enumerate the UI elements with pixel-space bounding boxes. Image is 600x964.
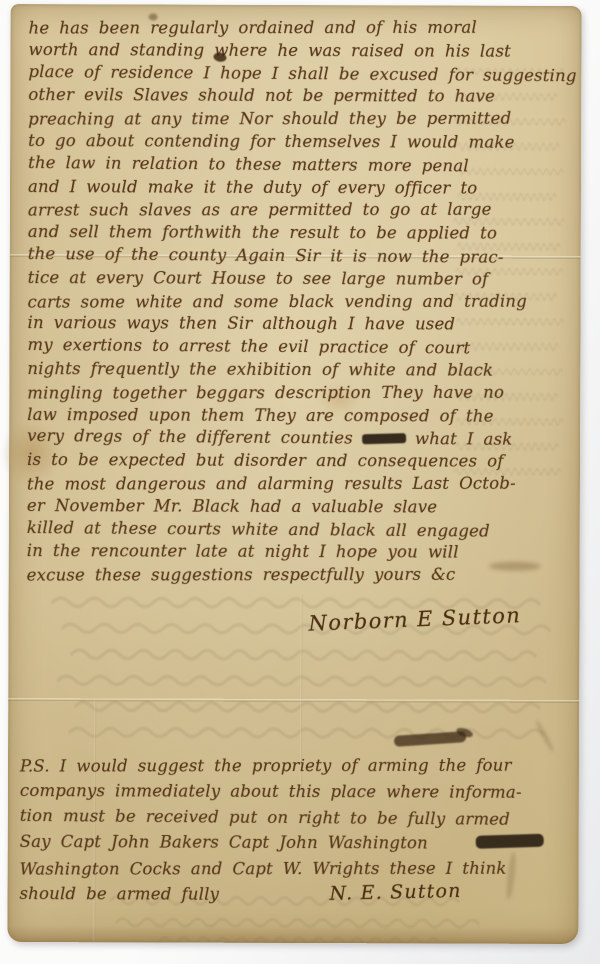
letter-paper: he has been regularly ordained and of hi… xyxy=(7,4,581,944)
handwriting-line: tion must be received put on right to be… xyxy=(20,802,568,832)
handwriting-line: preaching at any time Nor should they be… xyxy=(28,108,564,132)
handwriting-line: he has been regularly ordained and of hi… xyxy=(29,17,565,41)
handwriting-line: the law in relation to these matters mor… xyxy=(28,152,564,179)
handwriting-line: my exertions to arrest the evil practice… xyxy=(27,334,563,361)
handwriting-line: in various ways then Sir although I have… xyxy=(27,312,563,337)
postscript-signature: N. E. Sutton xyxy=(329,880,462,905)
letter-body: he has been regularly ordained and of hi… xyxy=(27,16,565,588)
letter-postscript: P.S. I would suggest the propriety of ar… xyxy=(19,752,568,909)
handwriting-line: is to be expected but disorder and conse… xyxy=(27,449,563,474)
handwriting-line: arrest such slaves as are permitted to g… xyxy=(28,199,564,223)
handwriting-line: should be armed fully xyxy=(19,881,567,909)
handwriting-line: carts some white and some black vending … xyxy=(28,290,564,314)
handwriting-line: killed at these courts white and black a… xyxy=(27,516,563,543)
handwriting-line: companys immediately about this place wh… xyxy=(20,778,568,806)
handwriting-line: other evils Slaves should not be permitt… xyxy=(28,84,564,109)
handwriting-line: nights frequently the exhibition of whit… xyxy=(27,358,563,383)
handwriting-line: worth and standing where he was raised o… xyxy=(28,39,564,64)
handwriting-line: er November Mr. Black had a valuable sla… xyxy=(27,495,563,520)
handwriting-line: tice at every Court House to see large n… xyxy=(28,267,564,292)
handwriting-line: place of residence I hope I shall be exc… xyxy=(28,60,564,87)
handwriting-line: mingling together beggars description Th… xyxy=(27,381,563,405)
ink-streak xyxy=(534,719,555,753)
worn-bottom-edge xyxy=(7,926,578,944)
letter-signature: Norborn E Sutton xyxy=(308,603,522,636)
handwriting-line: in the rencounter late at night I hope y… xyxy=(27,540,563,565)
handwriting-line: Washington Cocks and Capt W. Wrights the… xyxy=(20,856,568,883)
handwriting-line: the most dangerous and alarming results … xyxy=(27,472,563,496)
handwriting-text: very dregs of the different counties xyxy=(27,425,353,450)
handwriting-line: and I would make it the duty of every of… xyxy=(28,176,564,201)
handwriting-line: to go about contending for themselves I … xyxy=(28,130,564,155)
handwriting-line: P.S. I would suggest the propriety of ar… xyxy=(20,753,568,780)
handwriting-line: excuse these suggestions respectfully yo… xyxy=(27,564,563,588)
handwriting-line: the use of the county Again Sir it is no… xyxy=(28,243,564,270)
handwriting-line: and sell them forthwith the result to be… xyxy=(28,221,564,246)
scribble-redaction xyxy=(394,731,467,747)
scanner-background: he has been regularly ordained and of hi… xyxy=(0,0,600,964)
scribble-redaction xyxy=(362,434,406,445)
handwriting-line-with-strikeout: very dregs of the different counties wha… xyxy=(27,425,563,452)
scribble-redaction xyxy=(476,834,544,849)
handwriting-text: what I ask xyxy=(415,428,513,452)
